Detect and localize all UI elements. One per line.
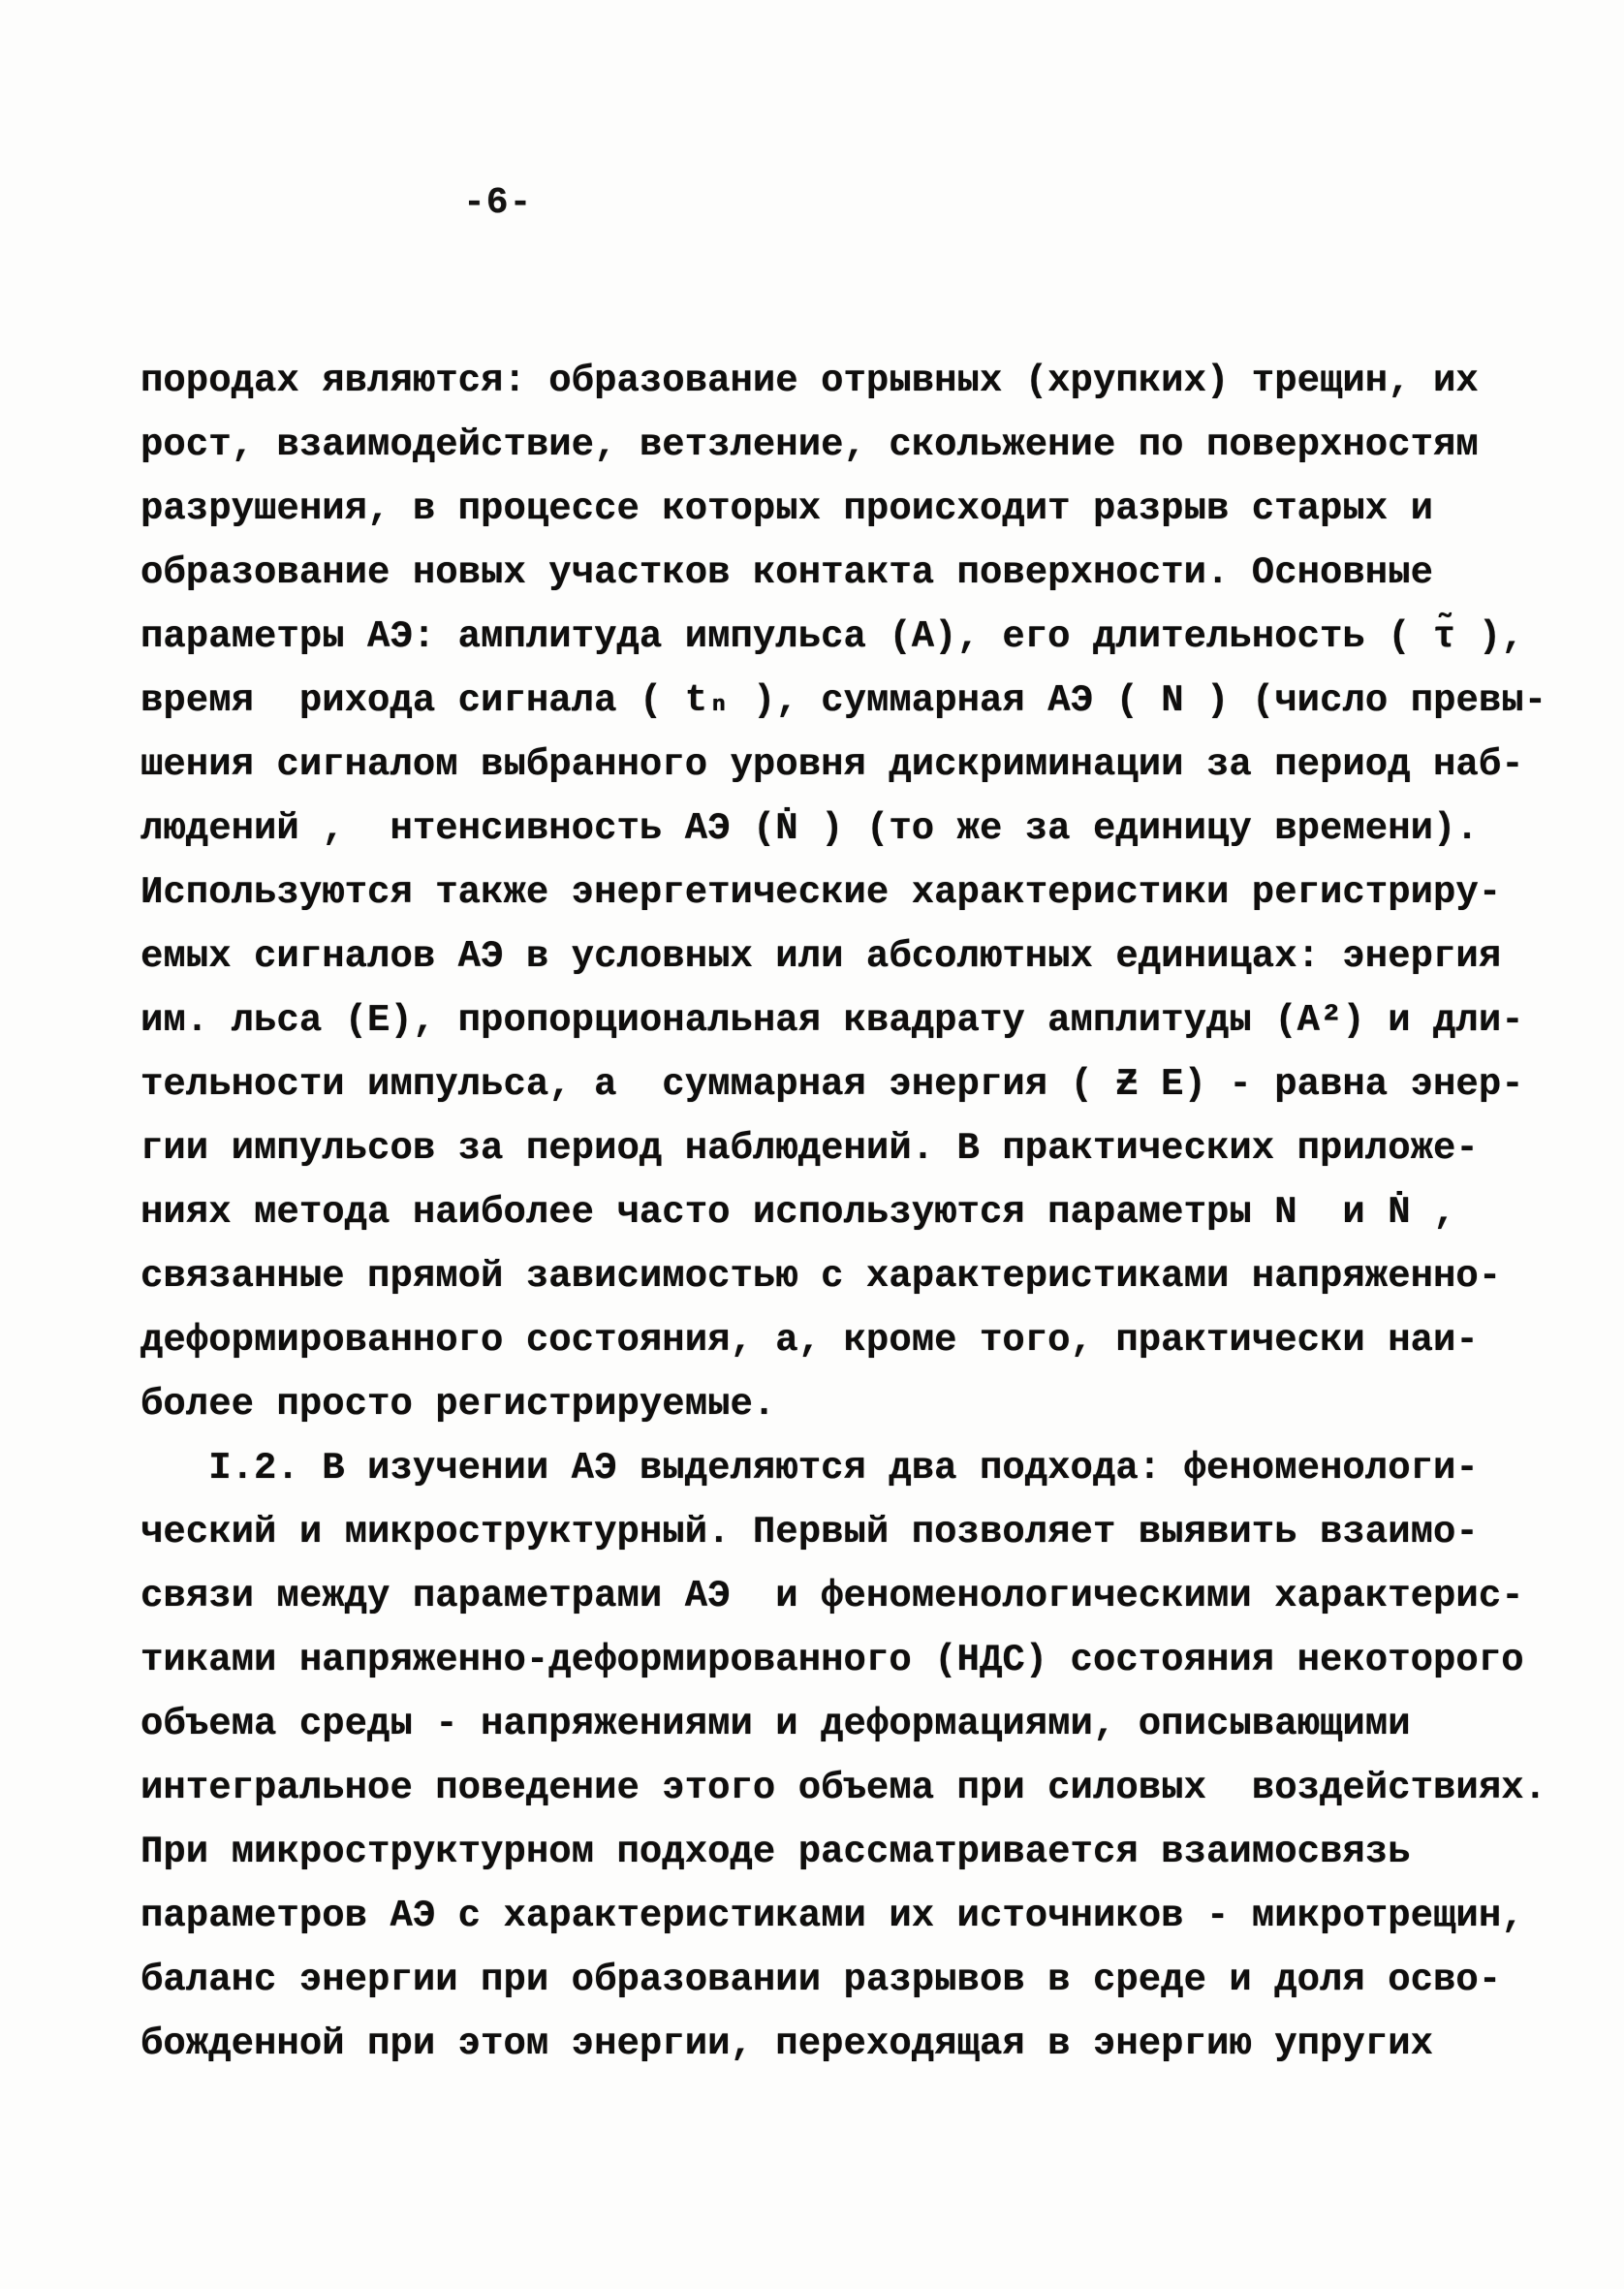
text-line: божденной при этом энергии, переходящая … <box>141 2012 1536 2076</box>
text-line: I.2. В изучении АЭ выделяются два подход… <box>141 1436 1536 1500</box>
text-line: тельности импульса, а суммарная энергия … <box>141 1052 1536 1116</box>
text-line: ниях метода наиболее часто используются … <box>141 1180 1536 1244</box>
text-line: тиками напряженно-деформированного (НДС)… <box>141 1628 1536 1692</box>
text-line: породах являются: образование отрывных (… <box>141 349 1536 413</box>
text-line: параметров АЭ с характеристиками их исто… <box>141 1884 1536 1948</box>
text-line: разрушения, в процессе которых происходи… <box>141 477 1536 541</box>
text-line: более просто регистрируемые. <box>141 1372 1536 1436</box>
text-line: образование новых участков контакта пове… <box>141 541 1536 605</box>
text-line: При микроструктурном подходе рассматрива… <box>141 1820 1536 1884</box>
text-line: время рихода сигнала ( tₙ ), суммарная А… <box>141 669 1536 733</box>
text-line: рост, взаимодействие, ветзление, скольже… <box>141 413 1536 477</box>
text-block: породах являются: образование отрывных (… <box>141 349 1536 2076</box>
text-line: им. льса (Е), пропорциональная квадрату … <box>141 988 1536 1052</box>
page-number: -6- <box>463 182 532 224</box>
text-line: шения сигналом выбранного уровня дискрим… <box>141 733 1536 797</box>
scanned-document-page: -6- породах являются: образование отрывн… <box>0 0 1624 2289</box>
text-line: гии импульсов за период наблюдений. В пр… <box>141 1116 1536 1180</box>
text-line: емых сигналов АЭ в условных или абсолютн… <box>141 925 1536 988</box>
text-line: интегральное поведение этого объема при … <box>141 1756 1536 1820</box>
text-line: баланс энергии при образовании разрывов … <box>141 1948 1536 2012</box>
text-line: связанные прямой зависимостью с характер… <box>141 1244 1536 1308</box>
text-line: объема среды - напряжениями и деформация… <box>141 1692 1536 1756</box>
text-line: ческий и микроструктурный. Первый позвол… <box>141 1500 1536 1564</box>
text-line: параметры АЭ: амплитуда импульса (А), ег… <box>141 605 1536 669</box>
text-line: связи между параметрами АЭ и феноменолог… <box>141 1564 1536 1628</box>
text-line: Используются также энергетические характ… <box>141 861 1536 925</box>
text-line: деформированного состояния, а, кроме тог… <box>141 1308 1536 1372</box>
text-line: людений , нтенсивность АЭ (Ṅ ) (то же за… <box>141 797 1536 861</box>
